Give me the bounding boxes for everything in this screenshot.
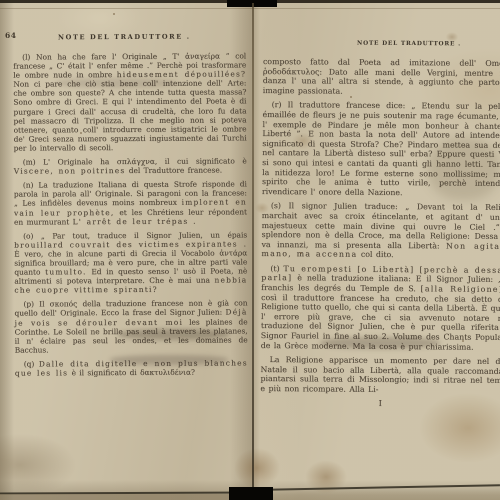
- body-text: (p) Il σκοπός della traduzione francese …: [14, 299, 247, 318]
- paragraph: (t) Tu erompesti [o Libertà] [perchè a d…: [261, 264, 500, 352]
- paragraph: (r) Il traduttore francese dice: „ Etend…: [262, 100, 500, 198]
- page-top-edge-shadow: [0, 8, 500, 9]
- body-text: (t): [270, 264, 283, 273]
- body-text: è il significato di δακτυλιδένια?: [68, 368, 195, 378]
- foxing-speck: [113, 13, 115, 15]
- page-gutter: [252, 3, 254, 492]
- paragraph: (q) Dalle dita digitelle e non plus blan…: [15, 358, 248, 377]
- left-page-text: (l) Non ha che fare l' Originale „ Τ' ἀν…: [13, 51, 248, 377]
- body-text: composto fatto dal Poeta ad imitazione d…: [263, 57, 500, 95]
- body-text: La Religione apparisce un momento per da…: [260, 355, 500, 394]
- paragraph: (n) La traduzione Italiana di questa Str…: [14, 180, 247, 227]
- body-text: (r) Il traduttore francese dice: „ Etend…: [262, 100, 500, 196]
- book-block-edge-right: [254, 486, 500, 500]
- body-text: col dito.: [357, 250, 393, 259]
- foxing-speck: [300, 252, 302, 254]
- emphasized-text: [alla Religione].: [421, 284, 500, 294]
- foxing-speck: [462, 340, 464, 342]
- paragraph: (p) Il σκοπός della traduzione francese …: [14, 299, 247, 355]
- background-gap-bottom: [229, 487, 273, 500]
- right-page-text: composto fatto dal Poeta ad imitazione d…: [260, 57, 500, 409]
- body-text: E così il traduttore francese ha creduto…: [261, 285, 500, 351]
- paragraph: (s) Il signor Julien traduce: „ Devant t…: [261, 201, 500, 261]
- paragraph: La Religione apparisce un momento per da…: [260, 355, 500, 395]
- body-text: (q): [24, 359, 39, 368]
- foxing-speck: [350, 96, 352, 98]
- running-header-right: NOTE DEL TRADUTTORE .: [357, 41, 449, 48]
- foxing-speck: [80, 132, 82, 134]
- emphasized-text: L' arrêt de leur trépas .: [73, 216, 197, 226]
- running-header-left: NOTE DEL TRADUTTORE .: [58, 33, 190, 42]
- paragraph: (o) „ Par tout, traduce il Signor Julien…: [14, 230, 247, 295]
- paragraph: composto fatto dal Poeta ad imitazione d…: [263, 57, 500, 97]
- right-page-paragraphs: composto fatto dal Poeta ad imitazione d…: [260, 57, 500, 396]
- book-block-edge-left: [0, 494, 253, 500]
- page-number: 64: [5, 31, 16, 40]
- emphasized-text: Viscere, non poitrines: [14, 166, 126, 176]
- signature-mark: I: [260, 398, 500, 409]
- book-scan: 64 NOTE DEL TRADUTTORE . NOTE DEL TRADUT…: [0, 0, 500, 500]
- body-text: Non ci pare che ciò stia bene coll' inte…: [13, 79, 246, 153]
- paragraph: (l) Non ha che fare l' Originale „ Τ' ἀν…: [13, 51, 247, 152]
- paragraph: (m) L' Originale ha σπλάγχνα, il cui sig…: [14, 156, 247, 175]
- body-text: del Traduttore francese.: [125, 166, 222, 176]
- emphasized-text: tumulto.: [45, 267, 87, 276]
